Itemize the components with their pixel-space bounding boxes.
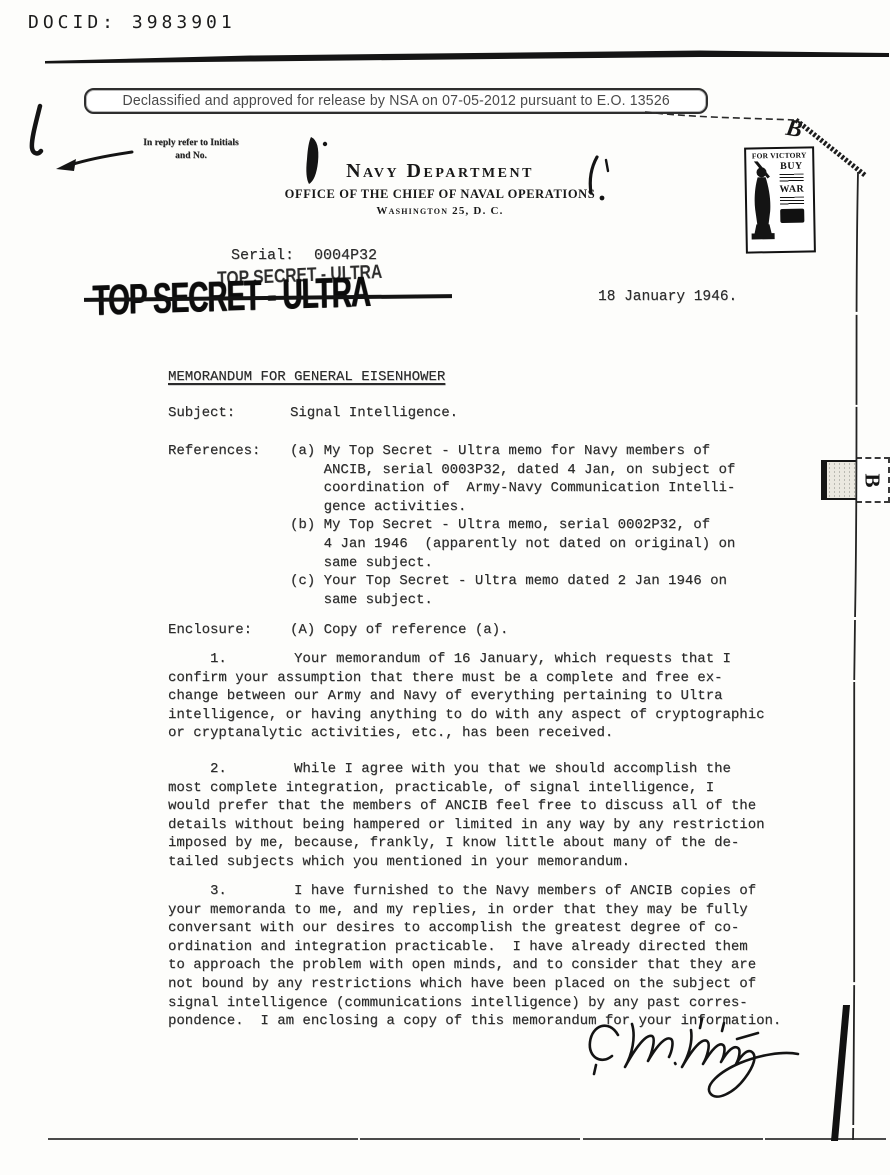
bonds-ink-blob: [780, 209, 804, 223]
arrow-head: [56, 159, 76, 171]
subject-value: Signal Intelligence.: [290, 404, 458, 423]
right-edge-line: [853, 172, 858, 1140]
classification-stamp: TOP SECRET - ULTRA TOP SECRET - ULTRA: [92, 268, 472, 328]
references-list: (a) My Top Secret - Ultra memo for Navy …: [290, 442, 810, 609]
stripes-decoration: [780, 197, 804, 205]
signature-nimitz: [585, 1002, 810, 1142]
top-rule: [45, 51, 889, 64]
references-label: References:: [168, 442, 260, 461]
serial-label: Serial:: [231, 247, 294, 264]
war-label: WAR: [779, 184, 804, 195]
binding-stroke: [831, 1005, 850, 1141]
paragraph-1: 1. Your memorandum of 16 January, which …: [168, 650, 808, 743]
declassification-banner: Declassified and approved for release by…: [84, 88, 708, 114]
victory-stamp-header: FOR VICTORY: [746, 150, 812, 160]
victory-stamp-body: BUY WAR: [746, 160, 813, 241]
ink-mark-dot: [323, 142, 327, 146]
stripes-decoration: [780, 174, 804, 182]
enclosure-label: Enclosure:: [168, 621, 252, 640]
buy-label: BUY: [780, 161, 803, 172]
docid-header: DOCID: 3983901: [28, 12, 236, 33]
ink-mark-j: [32, 106, 41, 153]
scanned-memo-page: DOCID: 3983901 Declassified and approved…: [0, 0, 890, 1175]
subject-label: Subject:: [168, 404, 235, 423]
memo-date: 18 January 1946.: [598, 288, 737, 307]
side-tab-shaded-box: [821, 460, 860, 500]
victory-stamp-text-column: BUY WAR: [776, 161, 807, 242]
letterhead: Navy Department OFFICE OF THE CHIEF OF N…: [250, 160, 630, 217]
handwritten-b-annotation: B: [784, 115, 804, 144]
side-tab-letter: B: [859, 473, 884, 487]
letterhead-department: Navy Department: [250, 160, 630, 183]
side-tab-b: B: [856, 457, 890, 503]
memo-heading: MEMORANDUM FOR GENERAL EISENHOWER: [168, 368, 445, 387]
minuteman-statue-icon: [746, 161, 777, 242]
letterhead-city: Washington 25, D. C.: [250, 205, 630, 217]
letterhead-office: OFFICE OF THE CHIEF OF NAVAL OPERATIONS: [250, 187, 630, 202]
paragraph-2: 2. While I agree with you that we should…: [168, 760, 808, 872]
victory-bonds-stamp: FOR VICTORY BUY WAR: [744, 146, 816, 253]
enclosure-value: (A) Copy of reference (a).: [290, 621, 508, 640]
declassification-text: Declassified and approved for release by…: [122, 93, 669, 109]
